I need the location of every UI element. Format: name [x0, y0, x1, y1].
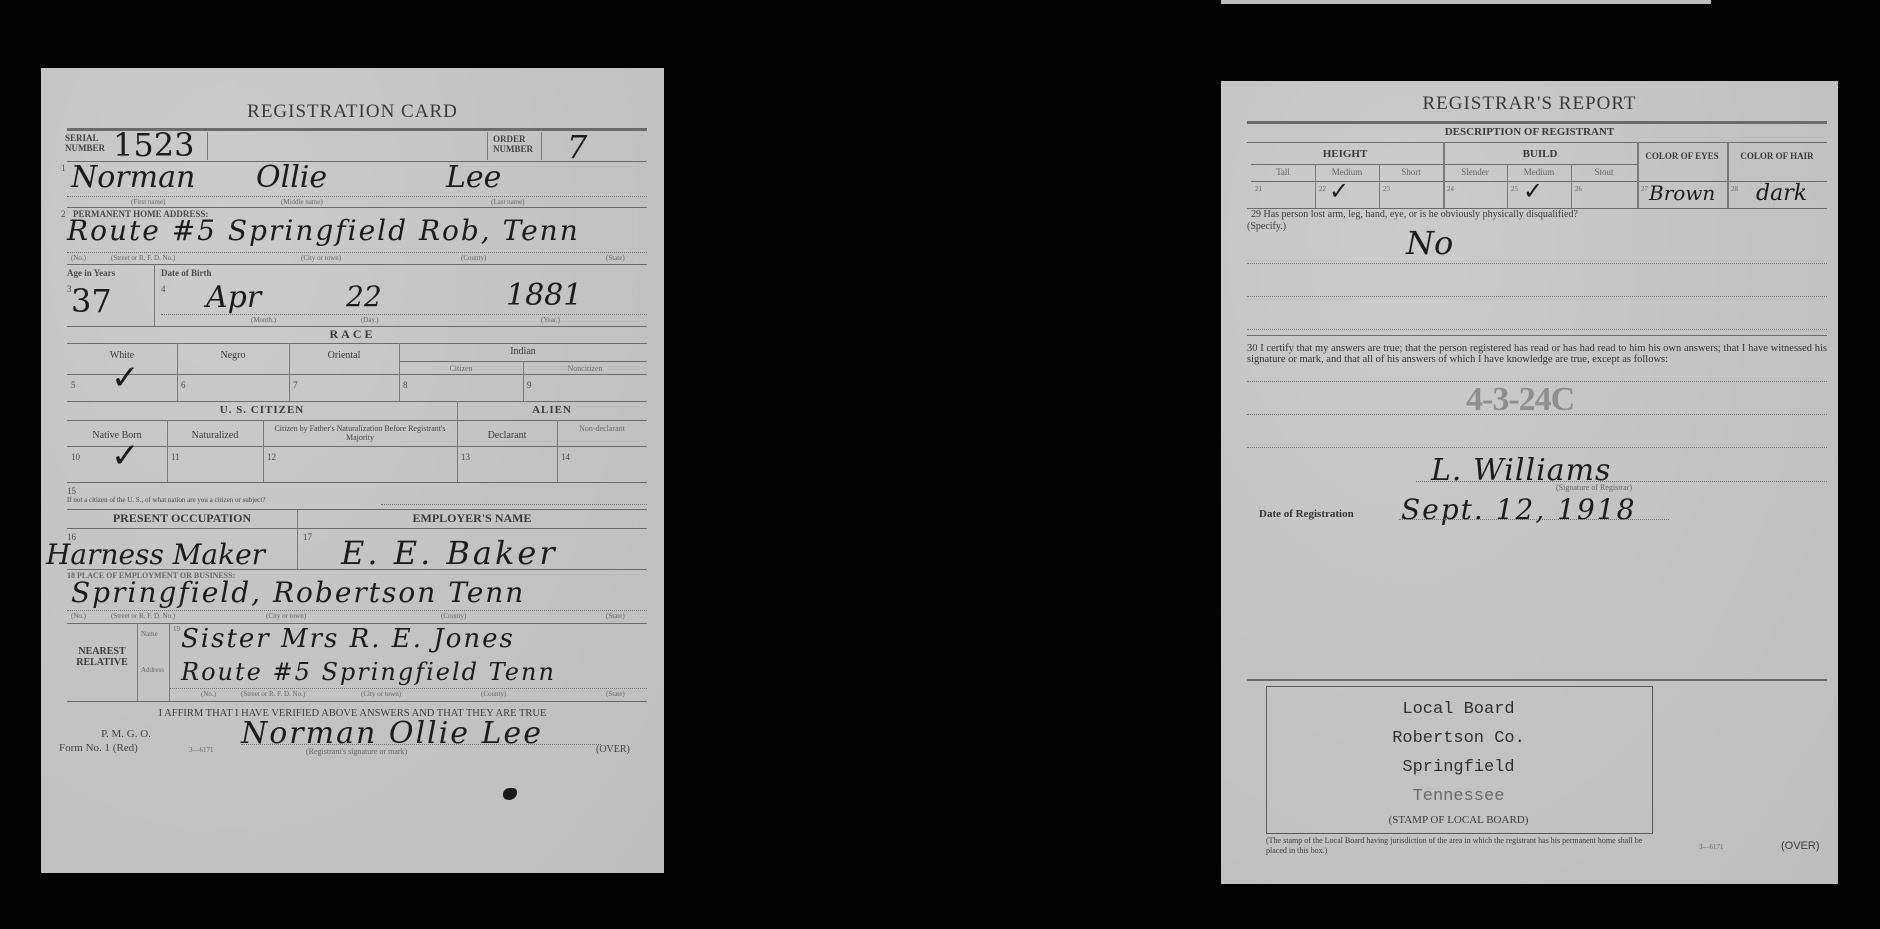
- local-board-stamp: Local Board Robertson Co. Springfield Te…: [1266, 695, 1651, 811]
- place-value: Springfield, Robertson Tenn: [71, 576, 525, 609]
- q29-label: 29 Has person lost arm, leg, hand, eye, …: [1251, 209, 1578, 220]
- serial-label: SERIAL NUMBER: [65, 133, 110, 153]
- age-value: 37: [71, 282, 112, 320]
- occupation-label: PRESENT OCCUPATION: [67, 511, 297, 526]
- home-address: Route #5 Springfield Rob, Tenn: [67, 214, 580, 247]
- employer-value: E. E. Baker: [341, 534, 558, 572]
- stamp-note: (The stamp of the Local Board having jur…: [1266, 836, 1656, 856]
- registrars-report-back: REGISTRAR'S REPORT DESCRIPTION OF REGIST…: [1221, 81, 1838, 884]
- form-id: P. M. G. O.: [76, 728, 176, 740]
- order-label: ORDER NUMBER: [493, 134, 537, 154]
- last-name: Lee: [446, 160, 501, 195]
- relative-name: Sister Mrs R. E. Jones: [181, 624, 515, 654]
- card-title: REGISTRATION CARD: [41, 101, 664, 123]
- q15-label: If not a citizen of the U. S., of what n…: [67, 496, 265, 504]
- us-citizen-title: U. S. CITIZEN: [67, 404, 457, 416]
- first-name: Norman: [71, 160, 195, 195]
- serial-number: 1523: [113, 126, 194, 164]
- date-label: Date of Registration: [1259, 508, 1354, 520]
- dob-day: 22: [346, 280, 382, 313]
- dob-month: Apr: [206, 280, 261, 315]
- faint-stamp: 4-3-24C: [1466, 381, 1574, 419]
- registration-date: Sept. 12, 1918: [1401, 493, 1636, 526]
- occupation-value: Harness Maker: [46, 538, 265, 571]
- hair-color: dark: [1756, 181, 1807, 206]
- native-born-checkmark: ✓: [111, 436, 140, 476]
- ink-blot: [503, 788, 517, 800]
- registration-card-front: REGISTRATION CARD SERIAL NUMBER 1523 ORD…: [41, 68, 664, 873]
- q29-answer: No: [1406, 224, 1453, 262]
- report-title: REGISTRAR'S REPORT: [1221, 93, 1838, 115]
- eye-color: Brown: [1649, 181, 1715, 205]
- race-title: RACE: [41, 327, 664, 342]
- medium-build-checkmark: ✓: [1523, 177, 1543, 205]
- form-number: Form No. 1 (Red): [59, 742, 138, 754]
- dob-label: Date of Birth: [161, 268, 212, 278]
- dob-year: 1881: [506, 278, 582, 313]
- relative-address: Route #5 Springfield Tenn: [181, 658, 556, 686]
- registrant-signature: Norman Ollie Lee: [241, 716, 543, 751]
- age-label: Age in Years: [67, 268, 115, 278]
- employer-label: EMPLOYER'S NAME: [297, 511, 647, 526]
- medium-height-checkmark: ✓: [1329, 177, 1349, 205]
- description-subtitle: DESCRIPTION OF REGISTRANT: [1221, 126, 1838, 138]
- middle-name: Ollie: [256, 160, 327, 195]
- white-checkmark: ✓: [111, 358, 140, 398]
- alien-title: ALIEN: [457, 404, 647, 416]
- q30-certification: 30 I certify that my answers are true; t…: [1247, 343, 1827, 365]
- adjacent-card-edge: [1221, 0, 1711, 4]
- nearest-relative-label: NEAREST RELATIVE: [67, 646, 137, 668]
- stamp-caption: (STAMP OF LOCAL BOARD): [1266, 814, 1651, 826]
